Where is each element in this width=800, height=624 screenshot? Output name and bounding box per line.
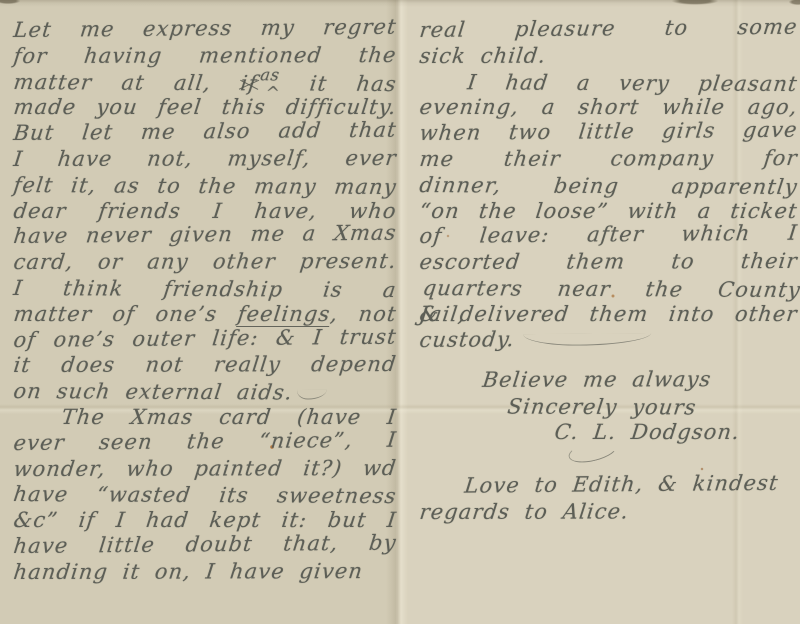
line-text: custody. bbox=[418, 324, 799, 353]
line-text: I have not, myself, ever bbox=[12, 146, 398, 173]
handwriting-text: “on the loose” with a ticket bbox=[418, 199, 799, 223]
handwritten-line: I think friendship is a bbox=[12, 276, 395, 304]
handwritten-line: & delivered them into other bbox=[418, 302, 796, 328]
handwriting-text: Sincerely yours bbox=[506, 395, 698, 420]
handwriting-text: it has bbox=[279, 71, 398, 96]
line-text: matter of one’s feelings, not bbox=[12, 302, 398, 328]
line-text: & delivered them into other bbox=[418, 302, 799, 328]
handwriting-text: ever seen the “niece”, I bbox=[12, 427, 398, 454]
line-text: it does not really depend bbox=[12, 352, 398, 379]
handwriting-text: dinner, being apparently bbox=[418, 173, 799, 199]
handwritten-line: me their company for bbox=[418, 146, 796, 173]
handwritten-line: Believe me always bbox=[418, 367, 796, 394]
handwriting-text: evening, a short while ago, bbox=[418, 95, 799, 119]
handwritten-line: dinner, being apparently bbox=[418, 173, 796, 201]
handwriting-text: C. L. Dodgson. bbox=[553, 420, 741, 444]
struck-out-word: if bbox=[239, 71, 259, 97]
handwritten-line: quarters near the County Jail, bbox=[418, 276, 796, 304]
inserted-word: as^ bbox=[257, 71, 280, 98]
handwritten-line: handing it on, I have given bbox=[12, 559, 395, 586]
handwriting-text: & delivered them into other bbox=[418, 302, 799, 326]
handwriting-text: I think friendship is a bbox=[12, 276, 398, 302]
letter-left-page: Let me express my regretfor having menti… bbox=[12, 18, 395, 586]
handwriting-text: I had a very pleasant bbox=[466, 70, 799, 96]
line-text: for having mentioned the bbox=[12, 43, 398, 70]
handwriting-text: have never given me a Xmas bbox=[12, 221, 398, 248]
handwriting-text: I have not, myself, ever bbox=[12, 146, 398, 171]
handwritten-line: custody. bbox=[418, 324, 796, 353]
handwritten-line: The Xmas card (have I bbox=[12, 405, 395, 431]
underlined-word: feelings bbox=[236, 302, 332, 327]
line-text: Believe me always bbox=[481, 367, 799, 394]
handwriting-text: The Xmas card (have I bbox=[60, 405, 398, 429]
handwriting-text: regards to Alice. bbox=[418, 499, 630, 524]
handwriting-text: &c” if I had kept it: but I bbox=[12, 508, 398, 532]
line-text: The Xmas card (have I bbox=[60, 405, 398, 431]
line-text: when two little girls gave bbox=[418, 118, 799, 147]
line-text: sick child. bbox=[418, 43, 799, 70]
line-text: C. L. Dodgson. bbox=[553, 420, 799, 446]
handwritten-line: regards to Alice. bbox=[418, 499, 796, 526]
line-text: handing it on, I have given bbox=[12, 559, 398, 586]
handwriting-text: for having mentioned the bbox=[12, 43, 398, 68]
flourish-mark bbox=[296, 390, 327, 400]
handwriting-text: wonder, who painted it?) wd bbox=[12, 456, 398, 481]
handwriting-text: dear friends I have, who bbox=[12, 199, 398, 223]
line-text: of leave: after which I bbox=[418, 221, 799, 250]
handwriting-text: when two little girls gave bbox=[418, 118, 799, 145]
line-text: wonder, who painted it?) wd bbox=[12, 456, 398, 483]
line-text: Sincerely yours bbox=[506, 395, 799, 422]
handwriting-text: matter at all, bbox=[12, 70, 242, 95]
handwriting-text: matter of one’s bbox=[12, 302, 239, 326]
line-text: have “wasted its sweetness bbox=[12, 482, 398, 510]
signature-line: C. L. Dodgson. bbox=[418, 420, 796, 446]
handwriting-text: Let me express my regret bbox=[12, 15, 398, 42]
handwritten-line: sick child. bbox=[418, 43, 796, 70]
handwritten-line: of leave: after which I bbox=[418, 221, 796, 250]
handwritten-line: &c” if I had kept it: but I bbox=[12, 508, 395, 534]
line-text: card, or any other present. bbox=[12, 249, 398, 276]
handwriting-text: on such external aids. bbox=[12, 379, 294, 404]
handwritten-line: have “wasted its sweetness bbox=[12, 482, 395, 510]
handwriting-text: handing it on, I have given bbox=[12, 559, 364, 584]
handwritten-line: Let me express my regret bbox=[12, 15, 395, 44]
handwritten-line: I have not, myself, ever bbox=[12, 146, 395, 173]
handwritten-line: have never given me a Xmas bbox=[12, 221, 395, 250]
handwriting-text: real pleasure to some bbox=[418, 15, 799, 42]
handwriting-text: Love to Edith, & kindest bbox=[463, 471, 780, 498]
line-text: me their company for bbox=[418, 146, 799, 173]
line-text: dinner, being apparently bbox=[418, 173, 799, 201]
handwriting-text: felt it, as to the many many bbox=[12, 173, 398, 199]
line-text: I think friendship is a bbox=[12, 276, 398, 304]
handwriting-text: But let me also add that bbox=[12, 118, 398, 145]
handwritten-line: matter of one’s feelings, not bbox=[12, 302, 395, 328]
handwriting-text: sick child. bbox=[418, 43, 547, 67]
line-text: Love to Edith, & kindest bbox=[463, 470, 799, 499]
line-text: escorted them to their bbox=[418, 249, 799, 276]
handwritten-line: card, or any other present. bbox=[12, 249, 395, 276]
handwritten-line: real pleasure to some bbox=[418, 15, 796, 44]
handwritten-line: I had a very pleasant bbox=[418, 70, 796, 98]
line-text: &c” if I had kept it: but I bbox=[12, 508, 398, 534]
line-text: have never given me a Xmas bbox=[12, 221, 398, 250]
line-text: real pleasure to some bbox=[418, 15, 799, 44]
handwriting-text: card, or any other present. bbox=[12, 249, 398, 274]
handwritten-line: matter at all, ifas^ it has bbox=[12, 70, 395, 98]
line-text: have little doubt that, by bbox=[12, 531, 398, 560]
handwriting-text: of leave: after which I bbox=[418, 221, 799, 248]
line-text: regards to Alice. bbox=[418, 499, 799, 526]
handwritten-line: for having mentioned the bbox=[12, 43, 395, 70]
handwritten-line: Sincerely yours bbox=[418, 394, 796, 422]
handwriting-text: custody. bbox=[418, 327, 516, 352]
handwritten-line: on such external aids. bbox=[12, 379, 395, 407]
handwriting-text: escorted them to their bbox=[418, 249, 799, 274]
handwritten-line: felt it, as to the many many bbox=[12, 173, 395, 201]
line-text: of one’s outer life: & I trust bbox=[12, 324, 398, 353]
line-text: on such external aids. bbox=[12, 379, 398, 407]
handwritten-line: when two little girls gave bbox=[418, 118, 796, 147]
handwritten-line: of one’s outer life: & I trust bbox=[12, 324, 395, 353]
handwriting-text: have “wasted its sweetness bbox=[12, 482, 398, 508]
handwritten-line: ever seen the “niece”, I bbox=[12, 427, 395, 456]
line-text: But let me also add that bbox=[12, 118, 398, 147]
handwriting-text: of one’s outer life: & I trust bbox=[12, 324, 398, 351]
letter-scan: Let me express my regretfor having menti… bbox=[0, 0, 800, 624]
line-text: I had a very pleasant bbox=[466, 70, 799, 98]
handwriting-text: me their company for bbox=[418, 146, 799, 171]
flourish-mark bbox=[522, 333, 651, 346]
letter-right-page: real pleasure to somesick child.I had a … bbox=[418, 18, 796, 525]
line-text: felt it, as to the many many bbox=[12, 173, 398, 201]
handwriting-text: it does not really depend bbox=[12, 352, 398, 377]
line-text: Let me express my regret bbox=[12, 15, 398, 44]
line-text: ever seen the “niece”, I bbox=[12, 427, 398, 456]
handwriting-text: have little doubt that, by bbox=[12, 531, 398, 558]
handwriting-text: , not bbox=[329, 302, 398, 326]
handwritten-line: wonder, who painted it?) wd bbox=[12, 456, 395, 483]
handwritten-line: escorted them to their bbox=[418, 249, 796, 276]
handwritten-line: Love to Edith, & kindest bbox=[418, 470, 796, 499]
handwritten-line: it does not really depend bbox=[12, 352, 395, 379]
handwritten-line: But let me also add that bbox=[12, 118, 395, 147]
handwriting-text: Believe me always bbox=[481, 368, 713, 393]
handwritten-line: have little doubt that, by bbox=[12, 531, 395, 560]
handwriting-text: made you feel this difficulty. bbox=[12, 95, 398, 119]
